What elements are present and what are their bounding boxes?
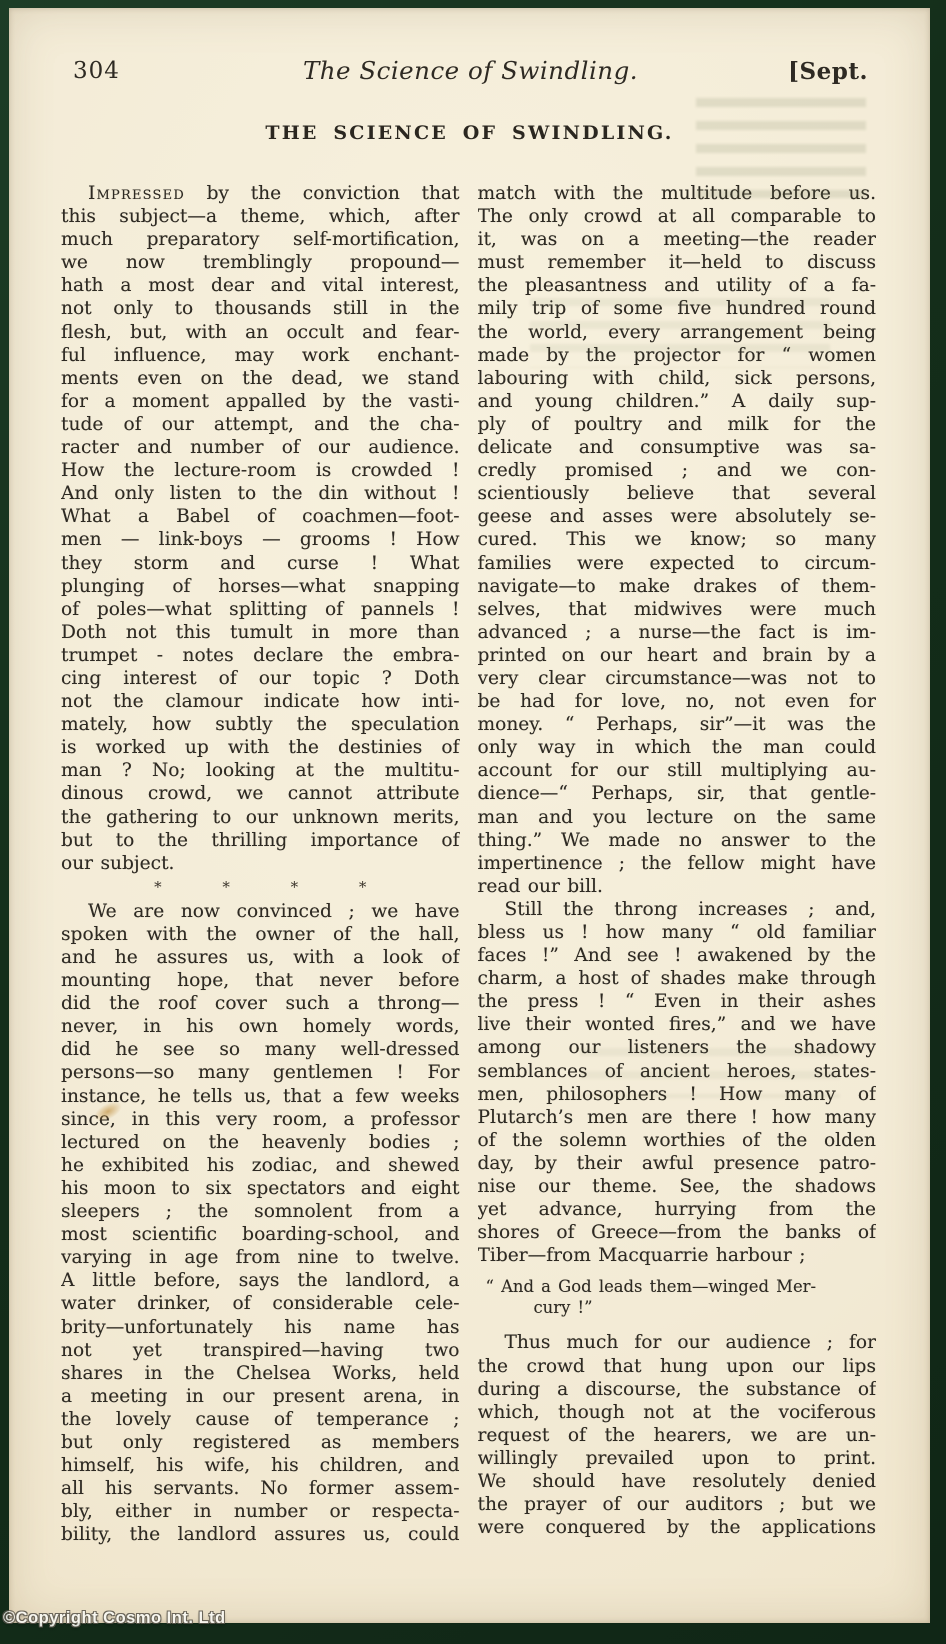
paragraph: Thus much for our audience ; forthe crow…: [478, 1331, 877, 1539]
text-line: water drinker, of considerable cele-: [61, 1292, 460, 1315]
text-line: man ? No; looking at the multitu-: [61, 759, 460, 782]
text-line: willingly prevailed upon to print.: [478, 1447, 877, 1470]
text-line: Tiber—from Macquarrie harbour ;: [478, 1244, 877, 1267]
text-line: dience—“ Perhaps, sir, that gentle-: [478, 782, 877, 805]
text-line: the gathering to our unknown merits,: [61, 806, 460, 829]
text-line: mounting hope, that never before: [61, 969, 460, 992]
paragraph: Still the throng increases ; and,bless u…: [478, 898, 877, 1268]
text-line: and he assures us, with a look of: [61, 946, 460, 969]
text-line: nise our theme. See, the shadows: [478, 1175, 877, 1198]
photo-green-border: 304 The Science of Swindling. [Sept. THE…: [0, 0, 946, 1644]
text-line: mily trip of some five hundred round: [478, 297, 877, 320]
paragraph: We are now convinced ; we havespoken wit…: [61, 900, 460, 1547]
text-line: Thus much for our audience ; for: [478, 1331, 877, 1354]
scanned-page: 304 The Science of Swindling. [Sept. THE…: [9, 8, 930, 1623]
text-line: ply of poultry and milk for the: [478, 413, 877, 436]
text-line: money. “ Perhaps, sir”—it was the: [478, 713, 877, 736]
text-columns: Impressed by the conviction thatthis sub…: [61, 182, 876, 1546]
text-line: We should have resolutely denied: [478, 1470, 877, 1493]
text-line: they storm and curse ! What: [61, 552, 460, 575]
text-line: We are now convinced ; we have: [61, 900, 460, 923]
text-line: his moon to six spectators and eight: [61, 1177, 460, 1200]
text-line: shores of Greece—from the banks of: [478, 1221, 877, 1244]
text-line: delicate and consumptive was sa-: [478, 436, 877, 459]
text-line: cing interest of our topic ? Doth: [61, 667, 460, 690]
text-line: tude of our attempt, and the cha-: [61, 413, 460, 436]
verse-quote: “ And a God leads them—winged Mer-cury !…: [486, 1276, 877, 1318]
text-line: all his servants. No former assem-: [61, 1477, 460, 1500]
text-line: the world, every arrangement being: [478, 321, 877, 344]
text-line: our subject.: [61, 852, 460, 875]
text-line: labouring with child, sick persons,: [478, 367, 877, 390]
text-line: read our bill.: [478, 875, 877, 898]
text-line: much preparatory self-mortification,: [61, 228, 460, 251]
text-line: dinous crowd, we cannot attribute: [61, 782, 460, 805]
text-line: And only listen to the din without !: [61, 482, 460, 505]
text-line: advanced ; a nurse—the fact is im-: [478, 621, 877, 644]
text-line: bless us ! how many “ old familiar: [478, 921, 877, 944]
text-line: man and you lecture on the same: [478, 806, 877, 829]
text-line: men, philosophers ! How many of: [478, 1083, 877, 1106]
text-line: printed on our heart and brain by a: [478, 644, 877, 667]
text-line: the lovely cause of temperance ;: [61, 1408, 460, 1431]
text-line: request of the hearers, we are un-: [478, 1424, 877, 1447]
text-line: plunging of horses—what snapping: [61, 575, 460, 598]
text-line: ful influence, may work enchant-: [61, 344, 460, 367]
text-line: lectured on the heavenly bodies ;: [61, 1131, 460, 1154]
text-line: A little before, says the landlord, a: [61, 1269, 460, 1292]
smallcaps-lead-word: Impressed: [88, 183, 185, 204]
text-line: be had for love, no, not even for: [478, 690, 877, 713]
text-line: which, though not at the vociferous: [478, 1401, 877, 1424]
text-line: the press ! “ Even in their ashes: [478, 990, 877, 1013]
text-line: but only registered as members: [61, 1431, 460, 1454]
text-line: Doth not this tumult in more than: [61, 621, 460, 644]
watermark: ©Copyright Cosmo Int. Ltd: [3, 1609, 226, 1628]
text-line: brity—unfortunately his name has: [61, 1316, 460, 1339]
text-line: during a discourse, the substance of: [478, 1378, 877, 1401]
text-line: persons—so many gentlemen ! For: [61, 1061, 460, 1084]
text-line: himself, his wife, his children, and: [61, 1454, 460, 1477]
text-line: must remember it—held to discuss: [478, 251, 877, 274]
text-line: selves, that midwives were much: [478, 598, 877, 621]
issue-label: [Sept.: [788, 58, 868, 85]
text-line: of the solemn worthies of the olden: [478, 1129, 877, 1152]
text-line: live their wonted fires,” and we have: [478, 1013, 877, 1036]
text-line: were conquered by the applications: [478, 1516, 877, 1539]
text-line: semblances of ancient heroes, states-: [478, 1060, 877, 1083]
text-line: bility, the landlord assures us, could: [61, 1523, 460, 1546]
text-line: racter and number of our audience.: [61, 436, 460, 459]
text-line: not only to thousands still in the: [61, 297, 460, 320]
text-line: sleepers ; the somnolent from a: [61, 1200, 460, 1223]
text-line: How the lecture-room is crowded !: [61, 459, 460, 482]
paragraph: match with the multitude before us.The o…: [478, 182, 877, 898]
text-line: made by the projector for “ women: [478, 344, 877, 367]
paragraph: Impressed by the conviction thatthis sub…: [61, 182, 460, 875]
text-line: navigate—to make drakes of them-: [478, 575, 877, 598]
text-line: cury !”: [486, 1297, 877, 1318]
text-line: The only crowd at all comparable to: [478, 205, 877, 228]
text-line: of poles—what splitting of pannels !: [61, 598, 460, 621]
text-line: flesh, but, with an occult and fear-: [61, 321, 460, 344]
section-separator: * * * *: [61, 876, 460, 899]
text-line: faces !” And see ! awakened by the: [478, 944, 877, 967]
text-line: only way in which the man could: [478, 736, 877, 759]
text-line: not yet transpired—having two: [61, 1339, 460, 1362]
text-line: thing.” We made no answer to the: [478, 829, 877, 852]
text-line: yet advance, hurrying from the: [478, 1198, 877, 1221]
text-line: Plutarch’s men are there ! how many: [478, 1106, 877, 1129]
text-line: Still the throng increases ; and,: [478, 898, 877, 921]
text-line: the prayer of our auditors ; but we: [478, 1493, 877, 1516]
text-line: did he see so many well-dressed: [61, 1038, 460, 1061]
text-line: charm, a host of shades make through: [478, 967, 877, 990]
text-line: shares in the Chelsea Works, held: [61, 1362, 460, 1385]
text-line: scientiously believe that several: [478, 482, 877, 505]
running-title: The Science of Swindling.: [73, 56, 868, 85]
text-line: we now tremblingly propound—: [61, 251, 460, 274]
article-title: THE SCIENCE OF SWINDLING.: [9, 122, 930, 144]
text-line: very clear circumstance—was not to: [478, 667, 877, 690]
text-line: men — link-boys — grooms ! How: [61, 528, 460, 551]
text-line: hath a most dear and vital interest,: [61, 274, 460, 297]
text-line: it, was on a meeting—the reader: [478, 228, 877, 251]
text-line: bly, either in number or respecta-: [61, 1500, 460, 1523]
text-line: and young children.” A daily sup-: [478, 390, 877, 413]
text-line: spoken with the owner of the hall,: [61, 923, 460, 946]
text-line: families were expected to circum-: [478, 552, 877, 575]
text-line: is worked up with the destinies of: [61, 736, 460, 759]
text-line: geese and asses were absolutely se-: [478, 505, 877, 528]
text-line: never, in his own homely words,: [61, 1015, 460, 1038]
text-line: the pleasantness and utility of a fa-: [478, 274, 877, 297]
text-line: but to the thrilling importance of: [61, 829, 460, 852]
right-column: match with the multitude before us.The o…: [478, 182, 877, 1546]
text-line: mately, how subtly the speculation: [61, 713, 460, 736]
text-line: impertinence ; the fellow might have: [478, 852, 877, 875]
text-line: day, by their awful presence patro-: [478, 1152, 877, 1175]
text-line: “ And a God leads them—winged Mer-: [486, 1276, 877, 1297]
text-line: account for our still multiplying au-: [478, 759, 877, 782]
page-header: 304 The Science of Swindling. [Sept.: [73, 58, 868, 88]
text-line: ments even on the dead, we stand: [61, 367, 460, 390]
text-line: most scientific boarding-school, and: [61, 1223, 460, 1246]
text-line: this subject—a theme, which, after: [61, 205, 460, 228]
text-line: among our listeners the shadowy: [478, 1036, 877, 1059]
text-line: Impressed by the conviction that: [61, 182, 460, 205]
text-line: he exhibited his zodiac, and shewed: [61, 1154, 460, 1177]
text-line: match with the multitude before us.: [478, 182, 877, 205]
text-line: credly promised ; and we con-: [478, 459, 877, 482]
text-line: varying in age from nine to twelve.: [61, 1246, 460, 1269]
text-line: a meeting in our present arena, in: [61, 1385, 460, 1408]
left-column: Impressed by the conviction thatthis sub…: [61, 182, 460, 1546]
text-line: did the roof cover such a throng—: [61, 992, 460, 1015]
text-line: since, in this very room, a professor: [61, 1108, 460, 1131]
text-line: the crowd that hung upon our lips: [478, 1355, 877, 1378]
text-line: What a Babel of coachmen—foot-: [61, 505, 460, 528]
text-line: not the clamour indicate how inti-: [61, 690, 460, 713]
text-line: cured. This we know; so many: [478, 528, 877, 551]
text-line: trumpet - notes declare the embra-: [61, 644, 460, 667]
text-line: for a moment appalled by the vasti-: [61, 390, 460, 413]
